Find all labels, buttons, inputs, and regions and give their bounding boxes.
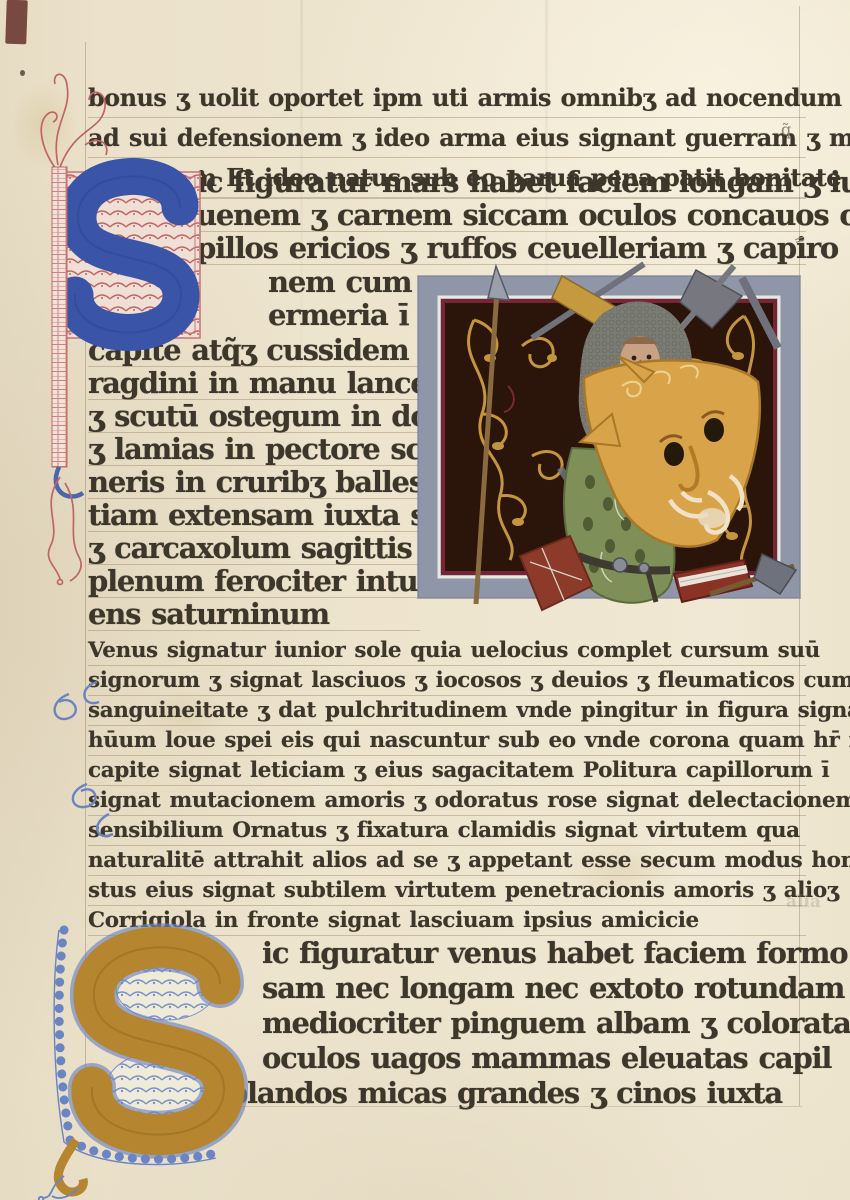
shield-face-eye-left: [664, 442, 684, 466]
belt-fitting: [639, 563, 649, 573]
margin-ghost-note: alia: [786, 892, 821, 912]
text-line: hūum loue spei eis qui nascuntur sub eo …: [88, 726, 806, 756]
text-line: ic figuratur mars habet faciem longam ʒ …: [196, 166, 806, 199]
text-line: sanguineitate ʒ dat pulchritudinem vnde …: [88, 696, 806, 726]
beaded-border-left: [59, 930, 70, 1138]
text-line: Venus signatur iunior sole quia uelocius…: [88, 636, 806, 666]
mars-eye-right: [647, 355, 652, 360]
penwork-band: [52, 167, 67, 467]
text-line: ens saturninum: [88, 598, 420, 631]
text-line: naturalitē attrahit alios ad se ʒ appeta…: [88, 846, 806, 876]
text-line: los blandos micas grandes ʒ cinos iuxta: [174, 1076, 810, 1111]
corner-stain: [5, 0, 28, 44]
mars-rubric-text: ic figuratur mars habet faciem longam ʒ …: [196, 166, 806, 265]
illuminated-initial-s-blue: [30, 25, 205, 600]
text-line: signorum ʒ signat lasciuos ʒ iocosos ʒ d…: [88, 666, 806, 696]
belt-buckle: [613, 558, 627, 572]
text-line: ic figuratur venus habet faciem formo: [262, 936, 810, 971]
shield-face-beard-mass: [698, 508, 726, 528]
text-line: stus eius signat subtilem virtutem penet…: [88, 876, 806, 906]
text-line: signat mutacionem amoris ʒ odoratus rose…: [88, 786, 806, 816]
text-line: sam nec longam nec extoto rotundam ſ: [262, 971, 810, 1006]
text-line: capite signat leticiam ʒ eius sagacitate…: [88, 756, 806, 786]
shield-face-eye-right: [704, 418, 724, 442]
venus-rubric-text: ic figuratur venus habet faciem formosam…: [262, 936, 810, 1111]
mars-miniature-illustration: [412, 256, 810, 618]
manuscript-page: bonus ʒ uolit oportet ipm uti armis omni…: [0, 0, 850, 1200]
margin-flourish-blue: [35, 672, 130, 852]
text-line: mediocriter pinguem albam ʒ coloratam: [262, 1006, 810, 1041]
venus-paragraph: Venus signatur iunior sole quia uelocius…: [88, 636, 806, 936]
margin-note: q̃: [781, 120, 791, 139]
text-line: oculos uagos mammas eleuatas capil: [262, 1041, 810, 1076]
mars-eye-left: [632, 356, 637, 361]
ink-speck: [20, 70, 25, 76]
text-line: uenem ʒ carnem siccam oculos concauos ca: [196, 199, 806, 232]
text-line: sensibilium Ornatus ʒ fixatura clamidis …: [88, 816, 806, 846]
illuminated-initial-s-gold: [34, 926, 269, 1200]
red-penwork-tendrils: [41, 74, 107, 169]
